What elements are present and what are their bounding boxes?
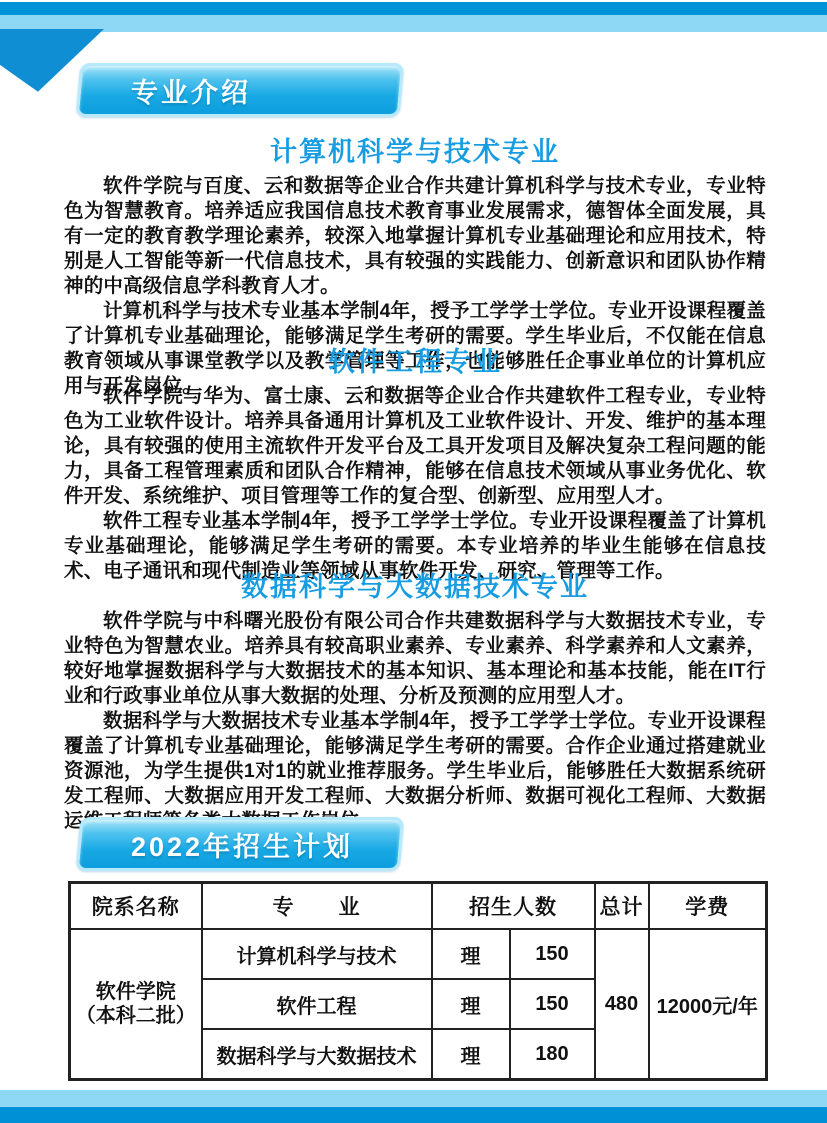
college-cell: 软件学院 （本科二批） bbox=[70, 929, 202, 1080]
top-band-dark bbox=[0, 2, 827, 15]
major-name: 软件工程 bbox=[202, 979, 432, 1029]
section-title-data-science: 数据科学与大数据技术专业 bbox=[64, 565, 766, 604]
section-data-science: 数据科学与大数据技术专业 软件学院与中科曙光股份有限公司合作共建数据科学与大数据… bbox=[64, 565, 766, 834]
major-count: 150 bbox=[510, 929, 595, 979]
section-title-computer-science: 计算机科学与技术专业 bbox=[64, 130, 766, 169]
major-intro-badge-label: 专业介绍 bbox=[81, 71, 251, 110]
major-count: 180 bbox=[510, 1029, 595, 1080]
enrollment-plan-badge-label: 2022年招生计划 bbox=[81, 825, 353, 864]
total-cell: 480 bbox=[595, 929, 649, 1080]
brochure-page: 专业介绍 计算机科学与技术专业 软件学院与百度、云和数据等企业合作共建计算机科学… bbox=[0, 0, 827, 1123]
tuition-cell: 12000元/年 bbox=[649, 929, 767, 1080]
table-row: 软件学院 （本科二批） 计算机科学与技术 理 150 480 12000元/年 bbox=[70, 929, 767, 979]
major-track: 理 bbox=[432, 1029, 510, 1080]
bottom-band-dark bbox=[0, 1107, 827, 1123]
college-batch: （本科二批） bbox=[71, 1004, 201, 1028]
section-paragraph: 软件学院与华为、富士康、云和数据等企业合作共建软件工程专业，专业特色为工业软件设… bbox=[64, 384, 766, 509]
header-tuition: 学费 bbox=[649, 883, 767, 930]
section-paragraph: 软件学院与中科曙光股份有限公司合作共建数据科学与大数据技术专业，专业特色为智慧农… bbox=[64, 609, 766, 709]
enrollment-plan-table: 院系名称 专 业 招生人数 总计 学费 软件学院 （本科二批） 计算机科学与技术… bbox=[68, 881, 768, 1081]
major-name: 计算机科学与技术 bbox=[202, 929, 432, 979]
bottom-band-light bbox=[0, 1090, 827, 1107]
major-intro-badge: 专业介绍 bbox=[76, 63, 405, 117]
top-band-light bbox=[0, 15, 827, 32]
section-paragraph: 软件学院与百度、云和数据等企业合作共建计算机科学与技术专业，专业特色为智慧教育。… bbox=[64, 174, 766, 299]
header-college: 院系名称 bbox=[70, 883, 202, 930]
major-name: 数据科学与大数据技术 bbox=[202, 1029, 432, 1080]
header-enrollment: 招生人数 bbox=[432, 883, 595, 930]
major-count: 150 bbox=[510, 979, 595, 1029]
major-track: 理 bbox=[432, 929, 510, 979]
section-software-engineering: 软件工程专业 软件学院与华为、富士康、云和数据等企业合作共建软件工程专业，专业特… bbox=[64, 340, 766, 584]
section-title-software-engineering: 软件工程专业 bbox=[64, 340, 766, 379]
enrollment-plan-badge: 2022年招生计划 bbox=[76, 817, 405, 871]
college-name: 软件学院 bbox=[71, 980, 201, 1004]
header-major: 专 业 bbox=[202, 883, 432, 930]
section-paragraph: 数据科学与大数据技术专业基本学制4年，授予工学学士学位。专业开设课程覆盖了计算机… bbox=[64, 709, 766, 834]
header-total: 总计 bbox=[595, 883, 649, 930]
table-header-row: 院系名称 专 业 招生人数 总计 学费 bbox=[70, 883, 767, 930]
major-track: 理 bbox=[432, 979, 510, 1029]
